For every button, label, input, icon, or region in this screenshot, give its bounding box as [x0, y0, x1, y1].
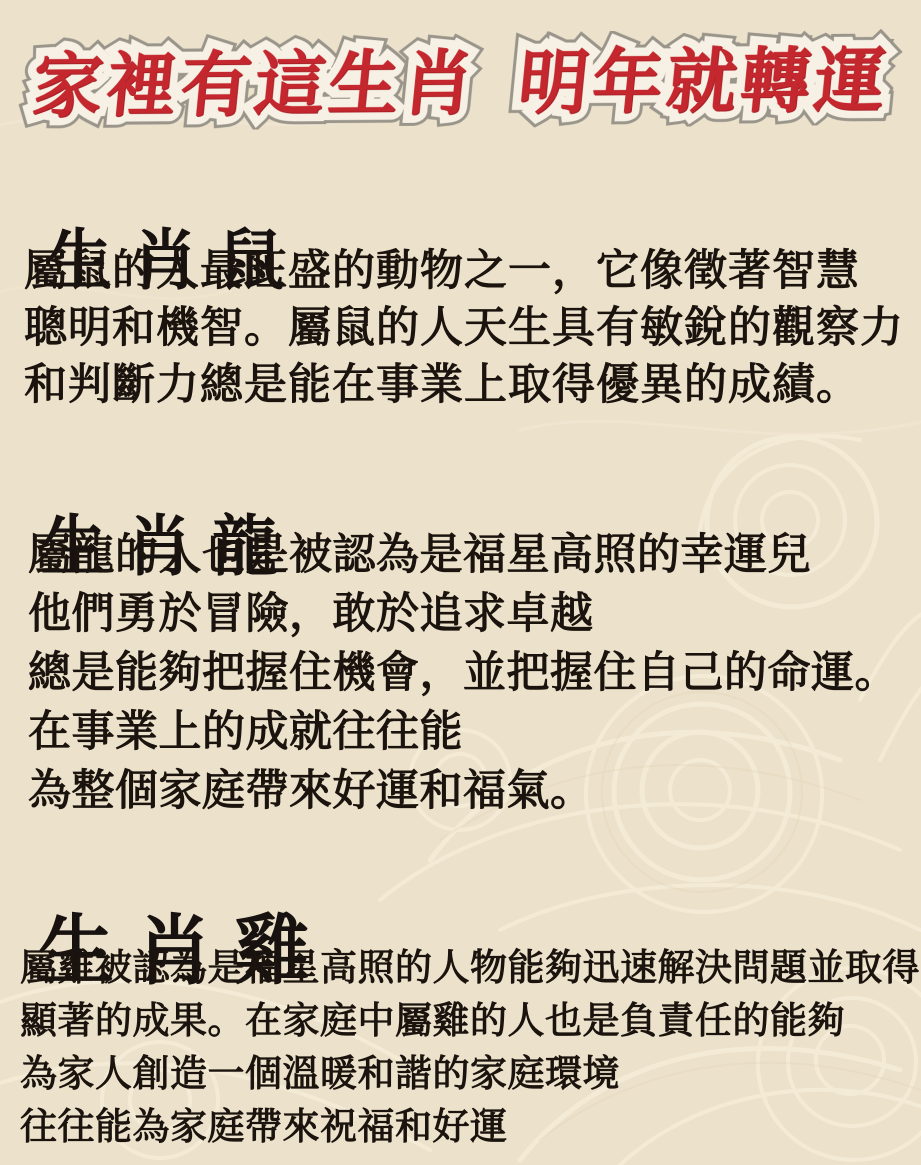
dragon-line-1: 屬龍的人也是被認為是福星高照的幸運兒 — [28, 526, 898, 585]
zodiac-poster: 家裡有這生肖 明年就轉運 家裡有這生肖 明年就轉運 家裡有這生肖 明年就轉運 生… — [0, 0, 921, 1165]
rooster-line-2: 顯著的成果。在家庭中屬雞的人也是負責任的能夠 — [20, 995, 920, 1048]
rooster-line-1: 屬雞被認為是福星高照的人物能夠迅速解決問題並取得 — [20, 942, 920, 995]
section-text-dragon: 屬龍的人也是被認為是福星高照的幸運兒 他們勇於冒險，敢於追求卓越 總是能夠把握住… — [28, 526, 898, 821]
rooster-line-4: 往往能為家庭帶來祝福和好運 — [20, 1101, 920, 1154]
dragon-line-4: 在事業上的成就往往能 — [28, 703, 898, 762]
rat-line-1: 屬鼠的人最旺盛的動物之一，它像徵著智慧 — [24, 243, 904, 300]
section-text-rat: 屬鼠的人最旺盛的動物之一，它像徵著智慧 聰明和機智。屬鼠的人天生具有敏銳的觀察力… — [24, 243, 904, 414]
poster-title: 家裡有這生肖 明年就轉運 家裡有這生肖 明年就轉運 家裡有這生肖 明年就轉運 — [0, 37, 921, 131]
dragon-line-2: 他們勇於冒險，敢於追求卓越 — [28, 585, 898, 644]
poster-title-text: 家裡有這生肖 明年就轉運 — [28, 37, 893, 130]
rat-line-2: 聰明和機智。屬鼠的人天生具有敏銳的觀察力 — [24, 300, 904, 357]
rat-line-3: 和判斷力總是能在事業上取得優異的成績。 — [24, 357, 904, 414]
rooster-line-3: 為家人創造一個溫暖和諧的家庭環境 — [20, 1048, 920, 1101]
dragon-line-3: 總是能夠把握住機會，並把握住自己的命運。 — [28, 644, 898, 703]
section-text-rooster: 屬雞被認為是福星高照的人物能夠迅速解決問題並取得 顯著的成果。在家庭中屬雞的人也… — [20, 942, 920, 1154]
dragon-line-5: 為整個家庭帶來好運和福氣。 — [28, 762, 898, 821]
